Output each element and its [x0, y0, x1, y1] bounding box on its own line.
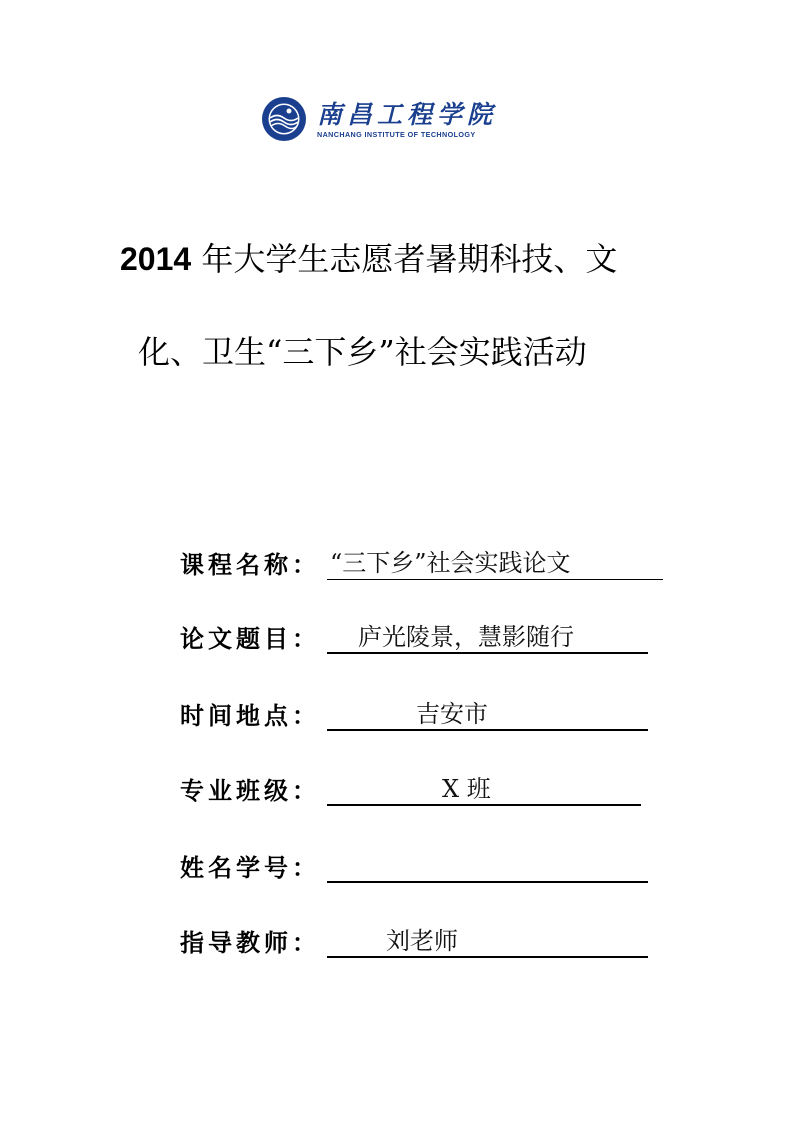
field-advisor: 指导教师： 刘老师 [180, 924, 650, 958]
field-label: 姓名学号： [180, 853, 320, 883]
field-label: 时间地点： [180, 701, 320, 731]
field-value: “三下乡”社会实践论文 [330, 548, 571, 578]
field-label: 论文题目： [180, 624, 320, 654]
logo-english-name: NANCHANG INSTITUTE OF TECHNOLOGY [317, 130, 497, 139]
title-line-1: 2014 年大学生志愿者暑期科技、文 [120, 234, 794, 280]
title-line-1-text: 年大学生志愿者暑期科技、文 [191, 240, 617, 278]
logo-chinese-name: 南昌工程学院 [317, 100, 497, 130]
field-course-name: 课程名称： “三下乡”社会实践论文 [180, 546, 664, 580]
field-underline [327, 924, 648, 958]
field-label: 指导教师： [180, 928, 320, 958]
title-line-2: 化、卫生“三下乡”社会实践活动 [138, 327, 794, 373]
field-value: 庐光陵景，慧影随行 [358, 622, 574, 652]
field-value: X 班 [442, 774, 491, 804]
field-value: 吉安市 [416, 699, 488, 729]
field-time-place: 时间地点： 吉安市 [180, 697, 650, 731]
school-emblem-icon [261, 96, 307, 142]
field-value: 刘老师 [386, 926, 458, 956]
field-underline [327, 849, 648, 883]
field-label: 专业班级： [180, 776, 320, 806]
field-name-id: 姓名学号： [180, 849, 650, 883]
title-year: 2014 [120, 241, 191, 277]
school-logo: 南昌工程学院 NANCHANG INSTITUTE OF TECHNOLOGY [261, 96, 497, 142]
field-label: 课程名称： [180, 550, 320, 580]
field-thesis-title: 论文题目： 庐光陵景，慧影随行 [180, 620, 650, 654]
field-major-class: 专业班级： X 班 [180, 772, 645, 806]
